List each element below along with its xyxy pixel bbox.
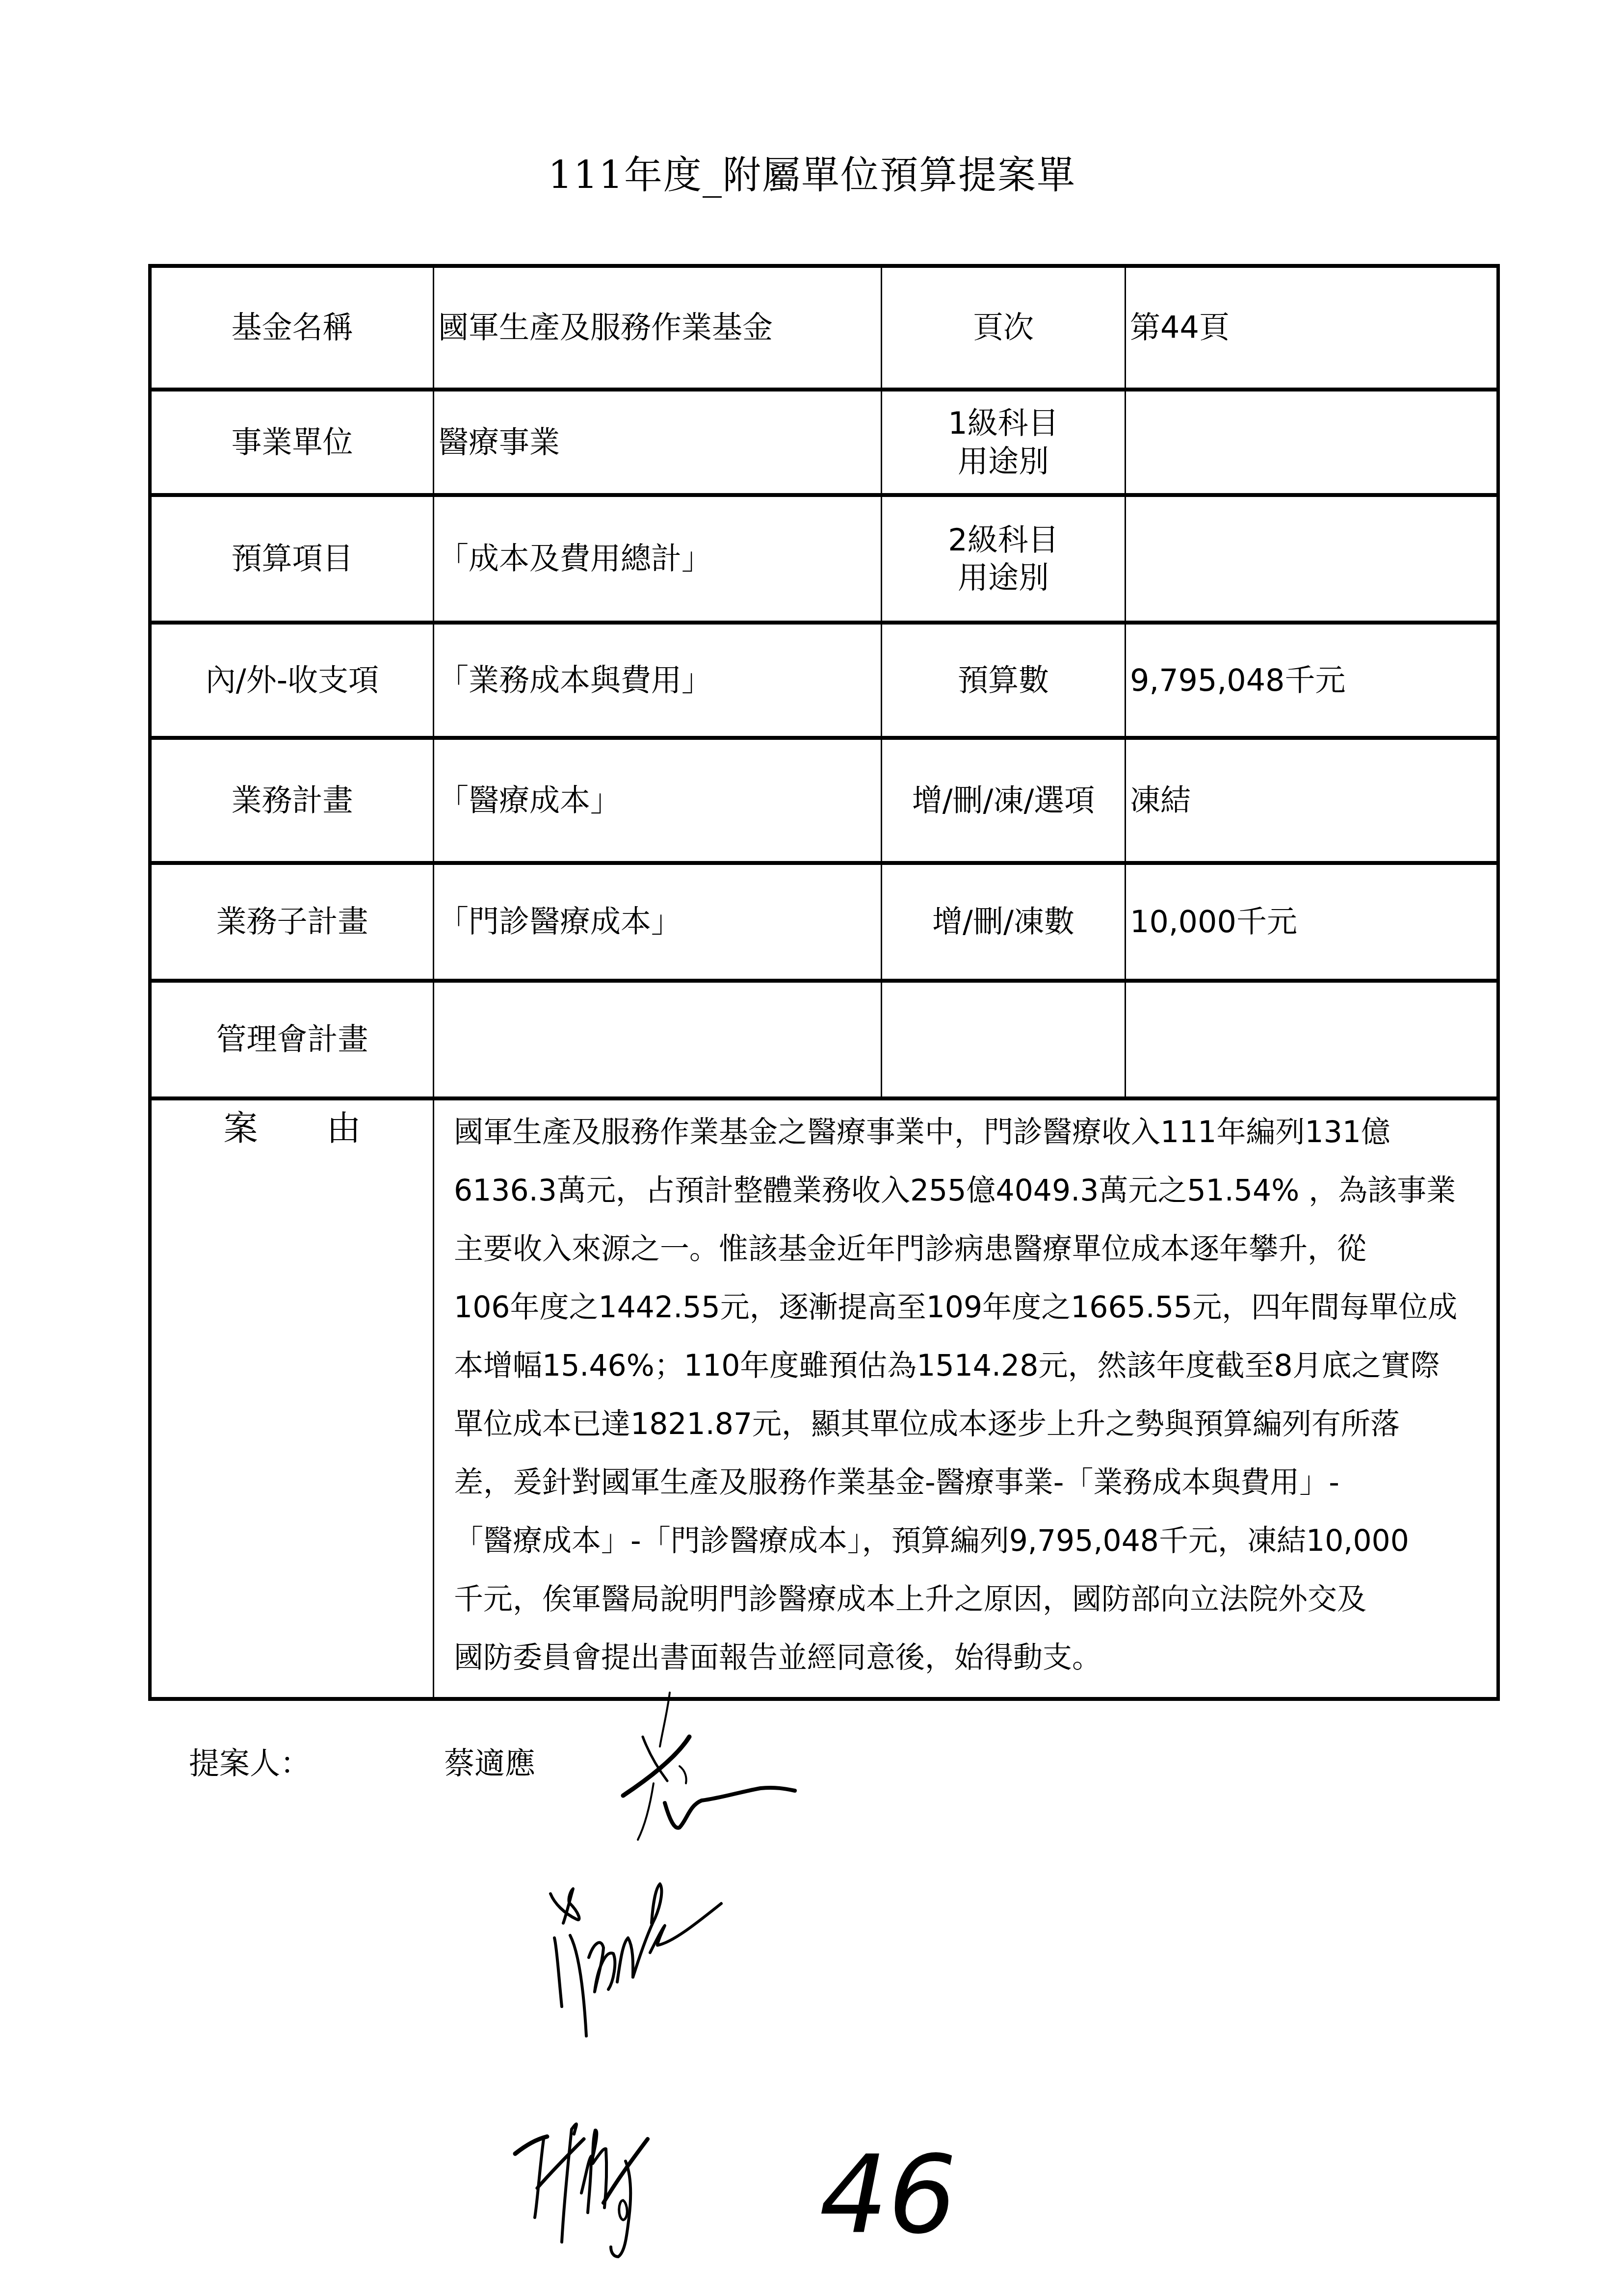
field-value: 醫療事業 xyxy=(434,390,882,495)
field-label-line: 用途別 xyxy=(882,559,1125,597)
reason-text: 國軍生產及服務作業基金之醫療事業中，門診醫療收入111年編列131億 6136.… xyxy=(434,1098,1498,1699)
field-label: 頁次 xyxy=(882,266,1126,390)
field-label xyxy=(882,981,1126,1098)
handwritten-number: 46 xyxy=(819,2132,957,2258)
field-label: 2級科目 用途別 xyxy=(882,495,1126,623)
field-value: 「門診醫療成本」 xyxy=(434,863,882,981)
field-value: 9,795,048千元 xyxy=(1126,623,1498,738)
form-row-business-plan: 業務計畫 「醫療成本」 增/刪/凍/選項 凍結 xyxy=(150,738,1498,863)
form-row-management-plan: 管理會計畫 xyxy=(150,981,1498,1098)
handwritten-signature-3: 46 xyxy=(505,2090,996,2286)
proposer-name: 蔡適應 xyxy=(444,1739,535,1783)
reason-line: 國防委員會提出書面報告並經同意後，始得動支。 xyxy=(454,1629,1490,1687)
field-label: 1級科目 用途別 xyxy=(882,390,1126,495)
form-row-reason: 案由 國軍生產及服務作業基金之醫療事業中，門診醫療收入111年編列131億 61… xyxy=(150,1098,1498,1699)
reason-line: 6136.3萬元，占預計整體業務收入255億4049.3萬元之51.54% ，為… xyxy=(454,1162,1490,1220)
field-value: 凍結 xyxy=(1126,738,1498,863)
field-value xyxy=(434,981,882,1098)
form-row-budget-item: 預算項目 「成本及費用總計」 2級科目 用途別 xyxy=(150,495,1498,623)
reason-line: 國軍生產及服務作業基金之醫療事業中，門診醫療收入111年編列131億 xyxy=(454,1103,1490,1162)
form-row-sub-plan: 業務子計畫 「門診醫療成本」 增/刪/凍數 10,000千元 xyxy=(150,863,1498,981)
field-label-line: 1級科目 xyxy=(882,404,1125,443)
reason-line: 「醫療成本」-「門診醫療成本」，預算編列9,795,048千元，凍結10,000 xyxy=(454,1512,1490,1570)
reason-label-char: 案 xyxy=(224,1108,258,1148)
reason-line: 主要收入來源之一。惟該基金近年門診病患醫療單位成本逐年攀升，從 xyxy=(454,1220,1490,1278)
field-label: 內/外-收支項 xyxy=(150,623,434,738)
field-label: 增/刪/凍數 xyxy=(882,863,1126,981)
field-value xyxy=(1126,390,1498,495)
proposal-form-table: 基金名稱 國軍生產及服務作業基金 頁次 第44頁 事業單位 醫療事業 1級科目 … xyxy=(148,264,1500,1701)
field-value: 「業務成本與費用」 xyxy=(434,623,882,738)
field-value: 10,000千元 xyxy=(1126,863,1498,981)
field-value: 「成本及費用總計」 xyxy=(434,495,882,623)
field-label: 業務子計畫 xyxy=(150,863,434,981)
field-label: 事業單位 xyxy=(150,390,434,495)
form-row-income-expense: 內/外-收支項 「業務成本與費用」 預算數 9,795,048千元 xyxy=(150,623,1498,738)
field-value xyxy=(1126,495,1498,623)
field-label: 增/刪/凍/選項 xyxy=(882,738,1126,863)
reason-line: 106年度之1442.55元，逐漸提高至109年度之1665.55元，四年間每單… xyxy=(454,1278,1490,1337)
reason-line: 差，爰針對國軍生產及服務作業基金-醫療事業-「業務成本與費用」- xyxy=(454,1454,1490,1512)
field-label: 基金名稱 xyxy=(150,266,434,390)
field-value: 第44頁 xyxy=(1126,266,1498,390)
reason-line: 單位成本已達1821.87元，顯其單位成本逐步上升之勢與預算編列有所落 xyxy=(454,1395,1490,1454)
reason-label-char: 由 xyxy=(327,1108,361,1148)
form-row-fund-name: 基金名稱 國軍生產及服務作業基金 頁次 第44頁 xyxy=(150,266,1498,390)
field-label-line: 用途別 xyxy=(882,443,1125,481)
reason-label: 案由 xyxy=(150,1098,434,1699)
field-value xyxy=(1126,981,1498,1098)
field-value: 國軍生產及服務作業基金 xyxy=(434,266,882,390)
field-label: 業務計畫 xyxy=(150,738,434,863)
form-row-business-unit: 事業單位 醫療事業 1級科目 用途別 xyxy=(150,390,1498,495)
handwritten-signature-1 xyxy=(564,1678,859,1845)
field-label-line: 2級科目 xyxy=(882,521,1125,559)
handwritten-signature-2 xyxy=(540,1864,736,2051)
reason-line: 本增幅15.46%；110年度雖預估為1514.28元，然該年度截至8月底之實際 xyxy=(454,1337,1490,1395)
reason-line: 千元，俟軍醫局說明門診醫療成本上升之原因，國防部向立法院外交及 xyxy=(454,1570,1490,1629)
field-label: 預算數 xyxy=(882,623,1126,738)
field-label: 管理會計畫 xyxy=(150,981,434,1098)
field-label: 預算項目 xyxy=(150,495,434,623)
page-title: 111年度_附屬單位預算提案單 xyxy=(0,145,1624,200)
proposer-label: 提案人： xyxy=(189,1739,311,1783)
field-value: 「醫療成本」 xyxy=(434,738,882,863)
